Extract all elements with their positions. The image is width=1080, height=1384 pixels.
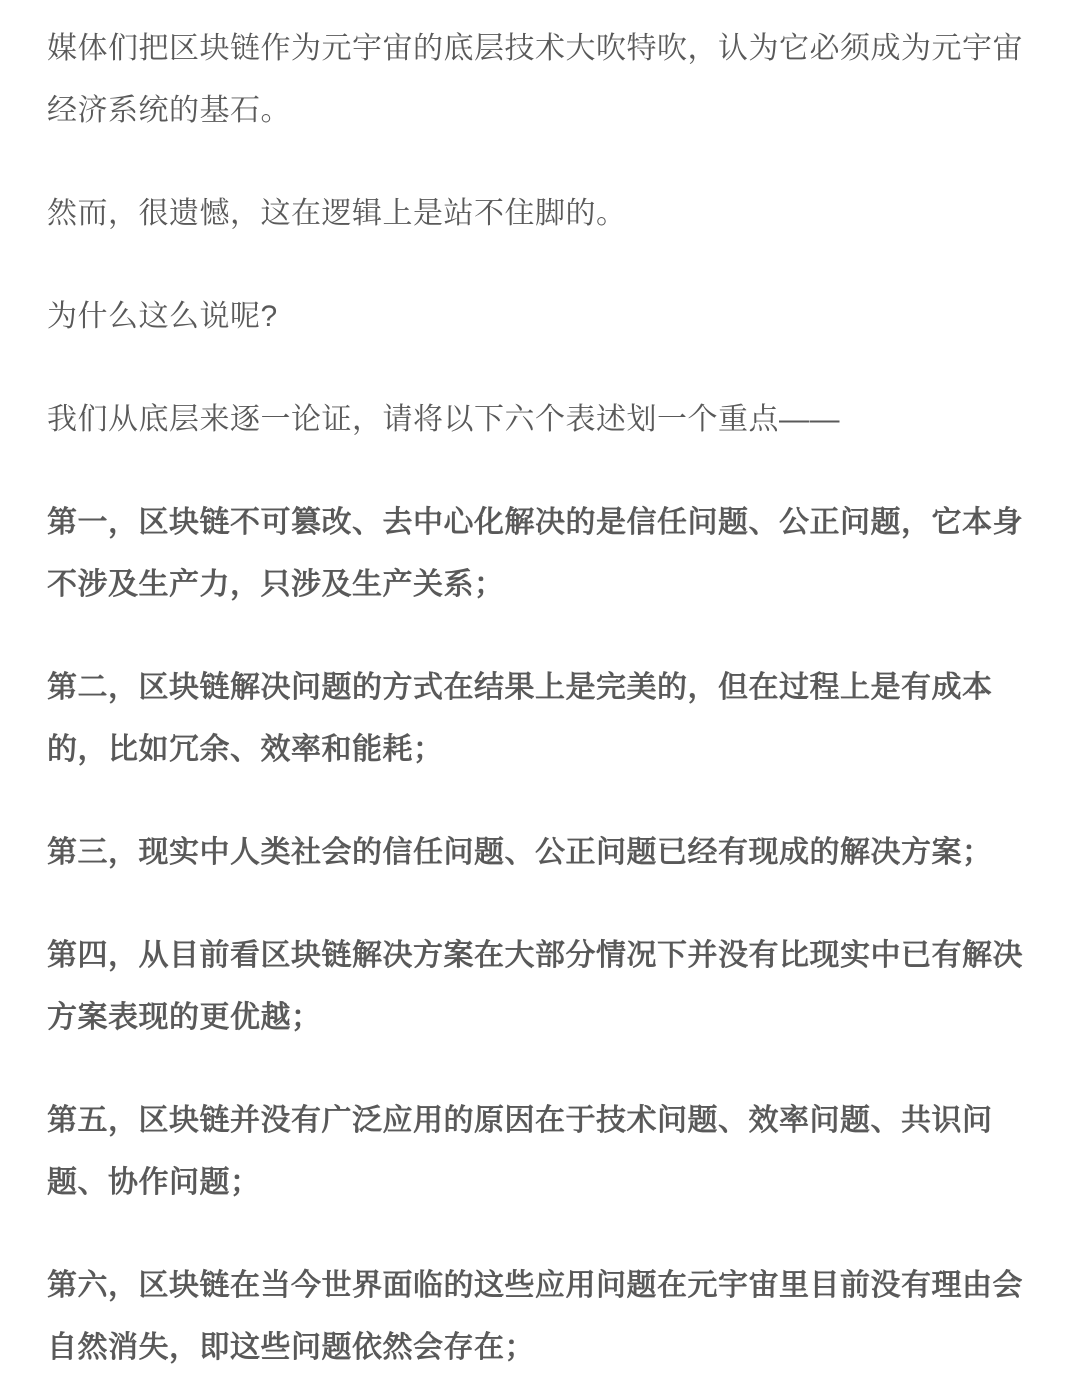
paragraph-point-3: 第三，现实中人类社会的信任问题、公正问题已经有现成的解决方案； bbox=[47, 822, 1033, 884]
paragraph-however-flawed-logic: 然而，很遗憾，这在逻辑上是站不住脚的。 bbox=[47, 183, 1033, 245]
paragraph-point-5: 第五，区块链并没有广泛应用的原因在于技术问题、效率问题、共识问题、协作问题； bbox=[47, 1090, 1033, 1214]
paragraph-point-2: 第二，区块链解决问题的方式在结果上是完美的，但在过程上是有成本的，比如冗余、效率… bbox=[47, 657, 1033, 781]
paragraph-six-points-lead-in: 我们从底层来逐一论证，请将以下六个表述划一个重点—— bbox=[47, 389, 1033, 451]
paragraph-why-question: 为什么这么说呢? bbox=[47, 286, 1033, 348]
paragraph-point-4: 第四，从目前看区块链解决方案在大部分情况下并没有比现实中已有解决方案表现的更优越… bbox=[47, 925, 1033, 1049]
article-body: 媒体们把区块链作为元宇宙的底层技术大吹特吹，认为它必须成为元宇宙经济系统的基石。… bbox=[0, 0, 1080, 1384]
paragraph-point-6: 第六，区块链在当今世界面临的这些应用问题在元宇宙里目前没有理由会自然消失，即这些… bbox=[47, 1255, 1033, 1379]
paragraph-point-1: 第一，区块链不可篡改、去中心化解决的是信任问题、公正问题，它本身不涉及生产力，只… bbox=[47, 492, 1033, 616]
paragraph-intro-media-hype: 媒体们把区块链作为元宇宙的底层技术大吹特吹，认为它必须成为元宇宙经济系统的基石。 bbox=[47, 18, 1033, 142]
